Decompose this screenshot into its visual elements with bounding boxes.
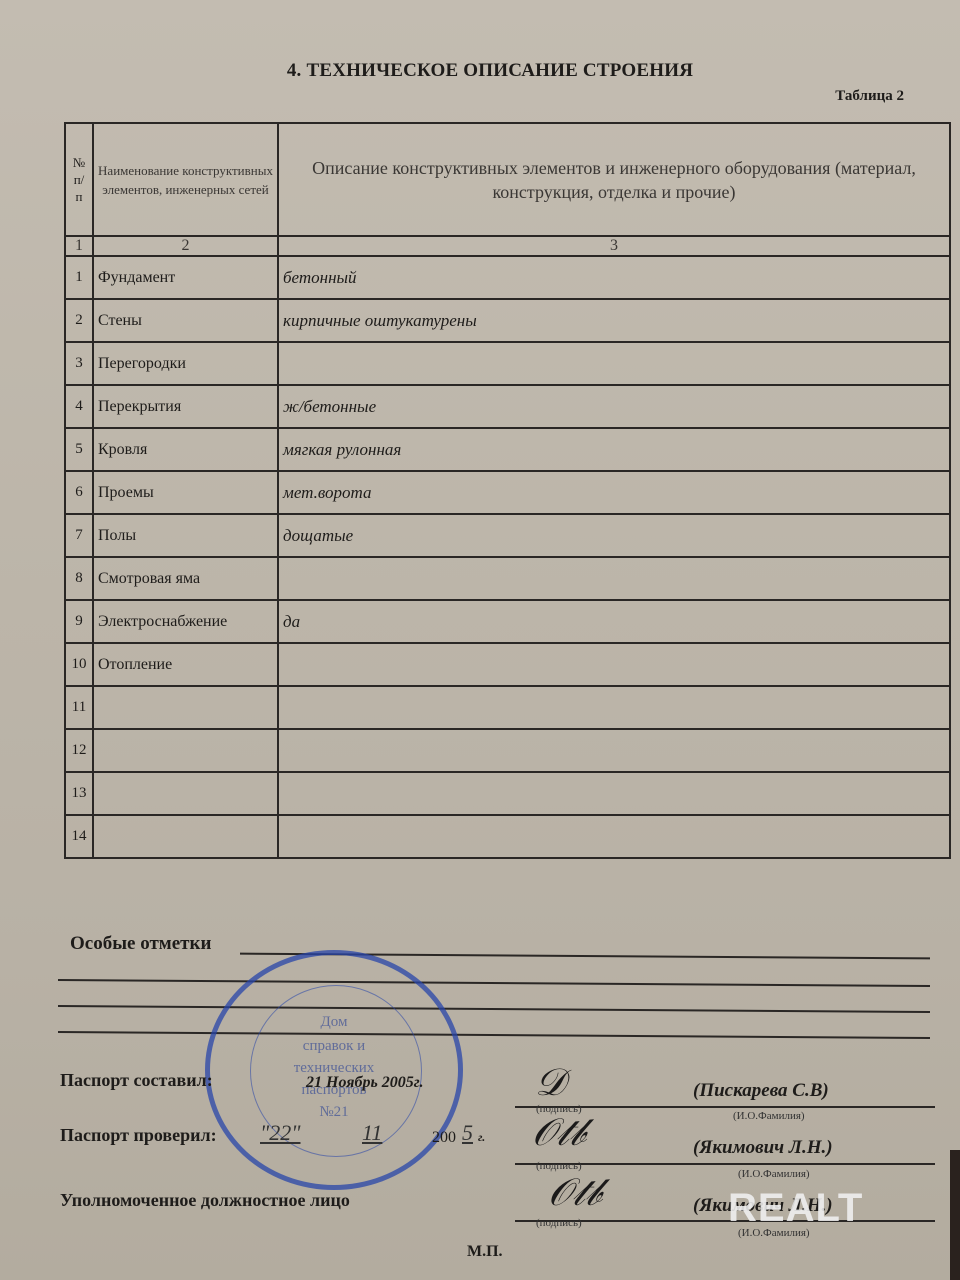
element-description: да [278, 600, 950, 643]
element-name: Фундамент [93, 256, 278, 299]
stamp-text: справок и [210, 1037, 458, 1055]
element-name: Полы [93, 514, 278, 557]
element-name [93, 772, 278, 815]
signature-authorized: 𝒪𝓉𝒷 [548, 1170, 601, 1215]
column-index-row: 1 2 3 [65, 236, 950, 256]
compiled-by-label: Паспорт составил: [60, 1070, 213, 1091]
row-number: 5 [65, 428, 93, 471]
table-row: 11 [65, 686, 950, 729]
document-title: 4. ТЕХНИЧЕСКОЕ ОПИСАНИЕ СТРОЕНИЯ [0, 60, 960, 82]
special-marks-line [58, 1005, 930, 1013]
special-marks-line [58, 1031, 930, 1039]
signature-compiled: 𝒟 [535, 1060, 565, 1105]
special-marks-line [58, 979, 930, 987]
checked-day: "22" [260, 1120, 300, 1146]
table-label: Таблица 2 [835, 88, 904, 105]
element-name: Перегородки [93, 342, 278, 385]
table-row: 3Перегородки [65, 342, 950, 385]
row-number: 8 [65, 557, 93, 600]
element-description [278, 772, 950, 815]
stamp-text: №21 [210, 1103, 458, 1121]
element-description: мягкая рулонная [278, 428, 950, 471]
table-row: 1Фундаментбетонный [65, 256, 950, 299]
row-number: 9 [65, 600, 93, 643]
column-index: 1 [65, 236, 93, 256]
compiled-date: 21 Ноябрь 2005г. [306, 1074, 423, 1092]
element-description [278, 686, 950, 729]
row-number: 6 [65, 471, 93, 514]
compiled-by-name: (Пискарева С.В) [693, 1080, 829, 1102]
element-name [93, 686, 278, 729]
header-description: Описание конструктивных элементов и инже… [278, 123, 950, 236]
element-description [278, 643, 950, 686]
table-row: 12 [65, 729, 950, 772]
element-name [93, 815, 278, 858]
checked-year-end: г. [478, 1130, 485, 1145]
checked-month: 11 [362, 1120, 382, 1146]
table-row: 9Электроснабжениеда [65, 600, 950, 643]
row-number: 14 [65, 815, 93, 858]
element-description: ж/бетонные [278, 385, 950, 428]
document-page: 4. ТЕХНИЧЕСКОЕ ОПИСАНИЕ СТРОЕНИЯ Таблица… [0, 0, 960, 1280]
element-name: Перекрытия [93, 385, 278, 428]
checked-by-name: (Якимович Л.Н.) [693, 1137, 833, 1159]
row-number: 7 [65, 514, 93, 557]
element-name: Смотровая яма [93, 557, 278, 600]
row-number: 1 [65, 256, 93, 299]
watermark-logo: REALT [728, 1186, 863, 1231]
table-row: 5Кровлямягкая рулонная [65, 428, 950, 471]
header-element-name: Наименование конструктивных элементов, и… [93, 123, 278, 236]
authorized-person-label: Уполномоченное должностное лицо [60, 1190, 350, 1211]
element-description: мет.ворота [278, 471, 950, 514]
element-name: Электроснабжение [93, 600, 278, 643]
header-num: № п/ п [65, 123, 93, 236]
table-row: 10Отопление [65, 643, 950, 686]
table-row: 13 [65, 772, 950, 815]
table-row: 6Проемымет.ворота [65, 471, 950, 514]
table-row: 8Смотровая яма [65, 557, 950, 600]
checked-year-prefix: 200 [432, 1129, 456, 1147]
element-name: Проемы [93, 471, 278, 514]
checked-year-suffix: 5 [462, 1120, 473, 1146]
element-description [278, 815, 950, 858]
element-description: бетонный [278, 256, 950, 299]
background-edge [950, 1150, 960, 1280]
row-number: 12 [65, 729, 93, 772]
element-description [278, 729, 950, 772]
signature-caption: (подпись) [536, 1217, 582, 1229]
official-stamp: Дом справок и технических паспортов №21 [205, 950, 463, 1190]
name-caption: (И.О.Фамилия) [733, 1110, 805, 1122]
column-index: 2 [93, 236, 278, 256]
table-row: 4Перекрытияж/бетонные [65, 385, 950, 428]
stamp-place-label: М.П. [467, 1243, 503, 1261]
table-row: 14 [65, 815, 950, 858]
table-row: 7Полыдощатые [65, 514, 950, 557]
row-number: 10 [65, 643, 93, 686]
row-number: 11 [65, 686, 93, 729]
table-row: 2Стеныкирпичные оштукатурены [65, 299, 950, 342]
element-name: Отопление [93, 643, 278, 686]
stamp-text: Дом [210, 1013, 458, 1031]
table-header-row: № п/ п Наименование конструктивных элеме… [65, 123, 950, 236]
column-index: 3 [278, 236, 950, 256]
row-number: 13 [65, 772, 93, 815]
signature-checked: 𝒪𝓉𝒷 [532, 1110, 585, 1155]
element-description [278, 557, 950, 600]
row-number: 3 [65, 342, 93, 385]
element-description: кирпичные оштукатурены [278, 299, 950, 342]
checked-by-label: Паспорт проверил: [60, 1125, 217, 1146]
special-marks-label: Особые отметки [70, 933, 211, 955]
name-caption: (И.О.Фамилия) [738, 1168, 810, 1180]
row-number: 4 [65, 385, 93, 428]
element-name: Кровля [93, 428, 278, 471]
element-name: Стены [93, 299, 278, 342]
element-description: дощатые [278, 514, 950, 557]
element-name [93, 729, 278, 772]
element-description [278, 342, 950, 385]
technical-description-table: № п/ п Наименование конструктивных элеме… [64, 122, 951, 859]
row-number: 2 [65, 299, 93, 342]
